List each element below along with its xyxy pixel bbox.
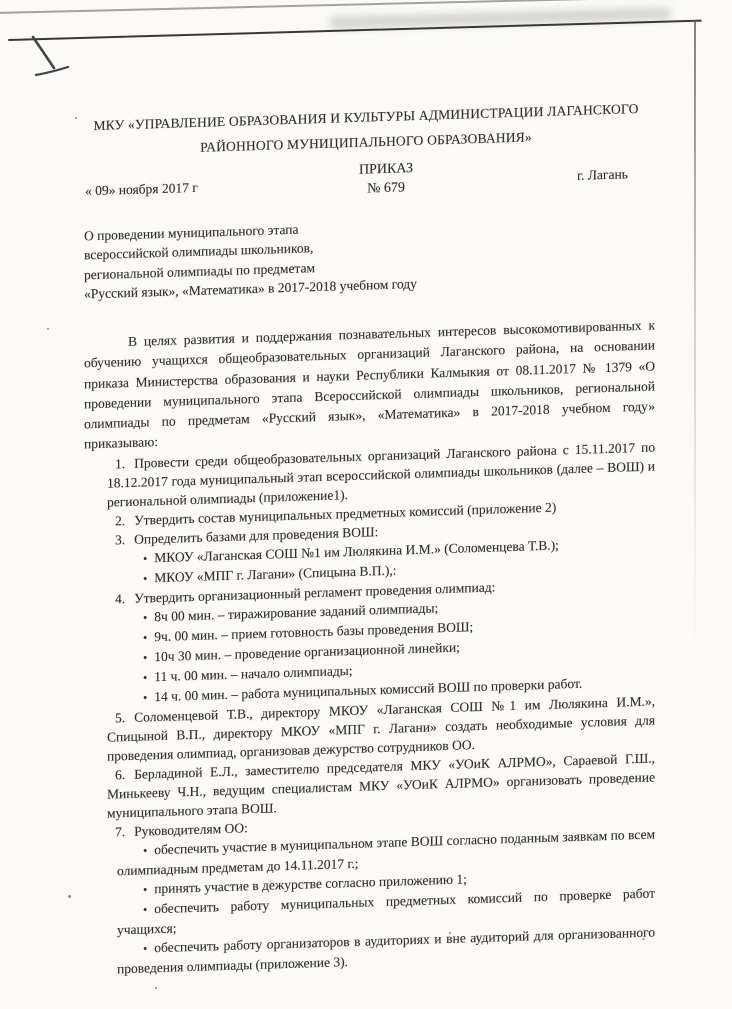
bullet-dot-icon: • <box>143 630 147 644</box>
item-number: 3. <box>115 532 125 547</box>
bullet-dot-icon: • <box>143 551 147 565</box>
bullet-dot-icon: • <box>143 902 147 916</box>
bullet-dot-icon: • <box>143 941 147 955</box>
item-bullets: •8ч 00 мин. – тиражирование заданий олим… <box>107 591 655 708</box>
document-content: МКУ «УПРАВЛЕНИЕ ОБРАЗОВАНИЯ И КУЛЬТУРЫ А… <box>0 0 732 1009</box>
order-items: 1.Провести среди общеобразовательных орг… <box>84 437 655 979</box>
item-number: 5. <box>115 710 125 725</box>
bullet-dot-icon: • <box>143 882 147 896</box>
order-item-7: 7.Руководителям ОО: •обеспечить участие … <box>84 805 655 979</box>
bullet-dot-icon: • <box>143 650 147 664</box>
item-number: 2. <box>115 513 125 528</box>
bullet-dot-icon: • <box>143 610 147 624</box>
bullet-dot-icon: • <box>143 571 147 585</box>
scanned-document-page: МКУ «УПРАВЛЕНИЕ ОБРАЗОВАНИЯ И КУЛЬТУРЫ А… <box>0 0 732 1009</box>
item-text: Руководителям ОО: <box>134 820 248 839</box>
item-number: 4. <box>115 591 125 606</box>
item-number: 6. <box>115 767 125 782</box>
item-number: 1. <box>115 456 125 471</box>
bullet-dot-icon: • <box>143 690 147 704</box>
preamble: В целях развития и поддержания познавате… <box>84 315 655 434</box>
order-item-4: 4.Утвердить организационный регламент пр… <box>84 572 655 709</box>
bullet-text: 11 ч. 00 мин. – начало олимпиады; <box>154 663 352 684</box>
item-number: 7. <box>115 824 125 839</box>
bullet-dot-icon: • <box>143 843 147 857</box>
doc-body: В целях развития и поддержания познавате… <box>84 315 655 979</box>
bullet-dot-icon: • <box>143 670 147 684</box>
doc-subject: О проведении муниципального этапа всерос… <box>84 216 417 304</box>
item-bullets: •обеспечить участие в муниципальном этап… <box>107 824 655 978</box>
doc-place: г. Лагань <box>577 166 628 184</box>
